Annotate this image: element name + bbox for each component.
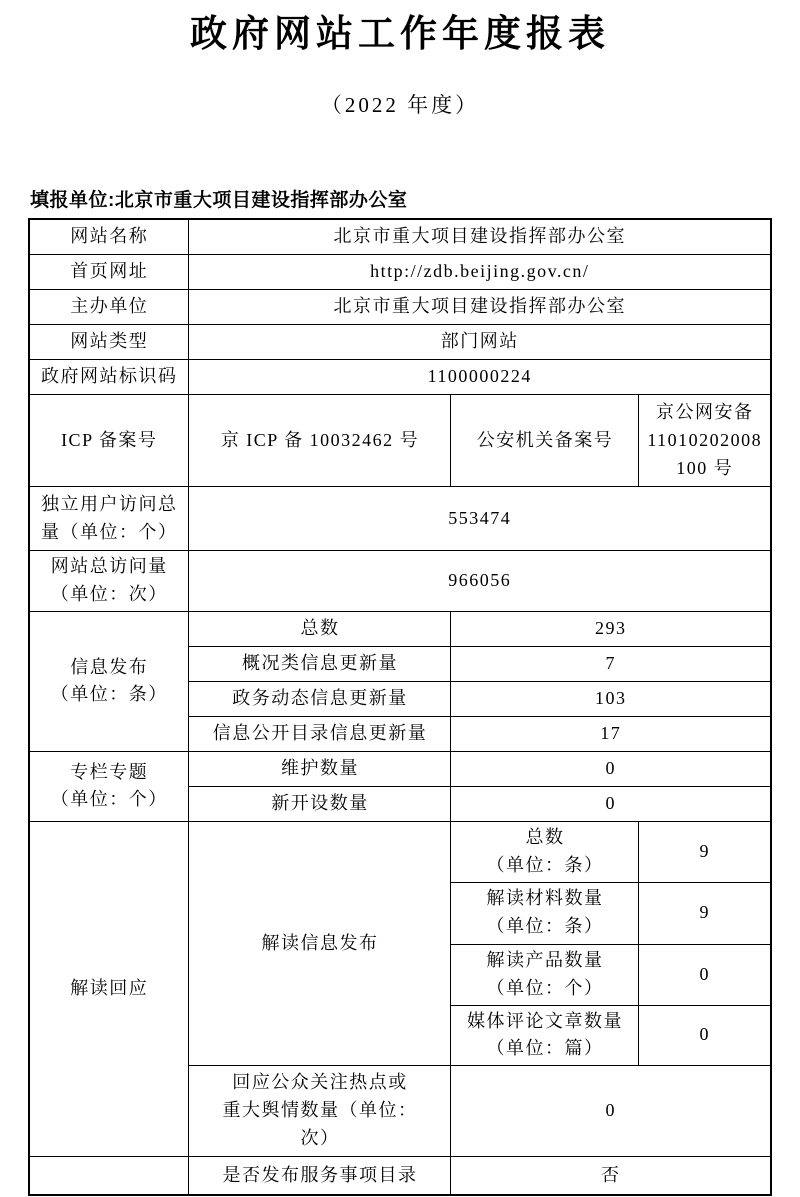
organizer-value: 北京市重大项目建设指挥部办公室 <box>189 290 771 325</box>
website-type-label: 网站类型 <box>29 325 189 360</box>
total-visits-value: 966056 <box>189 551 771 612</box>
table-row: 网站名称 北京市重大项目建设指挥部办公室 <box>29 219 771 255</box>
table-row: 信息发布 （单位：条） 总数 293 <box>29 611 771 646</box>
open-catalog-update-value: 17 <box>451 716 771 751</box>
table-row: 主办单位 北京市重大项目建设指挥部办公室 <box>29 290 771 325</box>
maintained-count-value: 0 <box>451 751 771 786</box>
gov-news-update-label: 政务动态信息更新量 <box>189 681 451 716</box>
new-opened-count-value: 0 <box>451 786 771 821</box>
website-type-value: 部门网站 <box>189 325 771 360</box>
table-row: 网站总访问量 （单位：次） 966056 <box>29 551 771 612</box>
info-total-value: 293 <box>451 611 771 646</box>
icp-value: 京 ICP 备 10032462 号 <box>189 395 451 487</box>
page-subtitle: （2022 年度） <box>0 89 800 119</box>
public-response-value: 0 <box>451 1066 771 1157</box>
empty-cell <box>29 1157 189 1195</box>
table-row: 解读回应 解读信息发布 总数 （单位：条） 9 <box>29 821 771 882</box>
reporting-unit-value: 北京市重大项目建设指挥部办公室 <box>115 190 408 211</box>
organizer-label: 主办单位 <box>29 290 189 325</box>
total-visits-label: 网站总访问量 （单位：次） <box>29 551 189 612</box>
new-opened-count-label: 新开设数量 <box>189 786 451 821</box>
interpretation-publish-label: 解读信息发布 <box>189 821 451 1065</box>
service-catalog-label: 是否发布服务事项目录 <box>189 1157 451 1195</box>
interp-total-value: 9 <box>639 821 771 882</box>
website-name-value: 北京市重大项目建设指挥部办公室 <box>189 219 771 255</box>
interpretation-section-label: 解读回应 <box>29 821 189 1156</box>
overview-update-label: 概况类信息更新量 <box>189 646 451 681</box>
report-table: 网站名称 北京市重大项目建设指挥部办公室 首页网址 http://zdb.bei… <box>28 218 772 1196</box>
open-catalog-update-label: 信息公开目录信息更新量 <box>189 716 451 751</box>
unique-visitors-label: 独立用户访问总 量（单位：个） <box>29 487 189 551</box>
interp-material-label: 解读材料数量 （单位：条） <box>451 882 639 944</box>
page-title: 政府网站工作年度报表 <box>0 0 800 55</box>
reporting-unit-line: 填报单位:北京市重大项目建设指挥部办公室 <box>30 185 800 212</box>
icp-label: ICP 备案号 <box>29 395 189 487</box>
table-row: ICP 备案号 京 ICP 备 10032462 号 公安机关备案号 京公网安备… <box>29 395 771 487</box>
table-row: 专栏专题 （单位：个） 维护数量 0 <box>29 751 771 786</box>
interp-product-value: 0 <box>639 944 771 1005</box>
reporting-unit-label: 填报单位: <box>30 190 115 211</box>
table-row: 是否发布服务事项目录 否 <box>29 1157 771 1195</box>
police-record-value: 京公网安备 11010202008 100 号 <box>639 395 771 487</box>
maintained-count-label: 维护数量 <box>189 751 451 786</box>
info-total-label: 总数 <box>189 611 451 646</box>
unique-visitors-value: 553474 <box>189 487 771 551</box>
gov-news-update-value: 103 <box>451 681 771 716</box>
table-row: 政府网站标识码 1100000224 <box>29 360 771 395</box>
report-page: 政府网站工作年度报表 （2022 年度） 填报单位:北京市重大项目建设指挥部办公… <box>0 0 800 1197</box>
public-response-label: 回应公众关注热点或 重大舆情数量（单位： 次） <box>189 1066 451 1157</box>
homepage-url-label: 首页网址 <box>29 255 189 290</box>
police-record-label: 公安机关备案号 <box>451 395 639 487</box>
site-id-label: 政府网站标识码 <box>29 360 189 395</box>
interp-total-label: 总数 （单位：条） <box>451 821 639 882</box>
site-id-value: 1100000224 <box>189 360 771 395</box>
special-columns-section-label: 专栏专题 （单位：个） <box>29 751 189 821</box>
table-row: 首页网址 http://zdb.beijing.gov.cn/ <box>29 255 771 290</box>
interp-material-value: 9 <box>639 882 771 944</box>
table-row: 网站类型 部门网站 <box>29 325 771 360</box>
interp-product-label: 解读产品数量 （单位：个） <box>451 944 639 1005</box>
media-comment-label: 媒体评论文章数量 （单位：篇） <box>451 1005 639 1066</box>
info-publish-section-label: 信息发布 （单位：条） <box>29 611 189 751</box>
service-catalog-value: 否 <box>451 1157 771 1195</box>
table-row: 独立用户访问总 量（单位：个） 553474 <box>29 487 771 551</box>
media-comment-value: 0 <box>639 1005 771 1066</box>
overview-update-value: 7 <box>451 646 771 681</box>
website-name-label: 网站名称 <box>29 219 189 255</box>
homepage-url-value: http://zdb.beijing.gov.cn/ <box>189 255 771 290</box>
